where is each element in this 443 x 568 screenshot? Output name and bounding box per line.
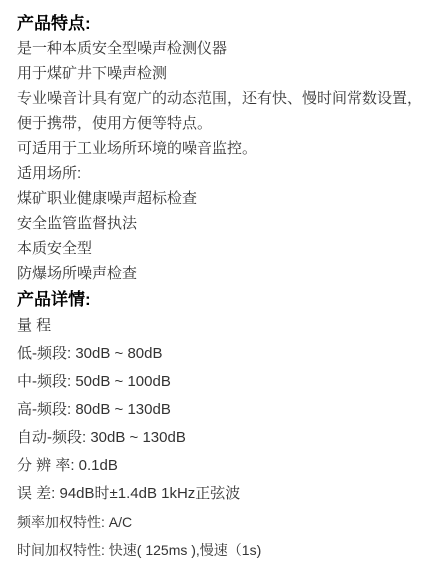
features-section-heading: 产品特点: [17, 12, 433, 36]
feature-line: 可适用于工业场所环境的噪音监控。 [17, 136, 433, 161]
detail-line-low-band: 低-频段: 30dB ~ 80dB [17, 340, 433, 368]
detail-line-range-label: 量 程 [17, 312, 433, 340]
feature-line: 专业噪音计具有宽广的动态范围，还有快、慢时间常数设置， [17, 86, 433, 111]
feature-line: 便于携带，使用方便等特点。 [17, 111, 433, 136]
detail-line-high-band: 高-频段: 80dB ~ 130dB [17, 396, 433, 424]
detail-line-frequency-weighting: 频率加权特性: A/C [17, 508, 433, 536]
feature-line: 是一种本质安全型噪声检测仪器 [17, 36, 433, 61]
feature-line: 防爆场所噪声检查 [17, 261, 433, 286]
details-list: 量 程 低-频段: 30dB ~ 80dB 中-频段: 50dB ~ 100dB… [17, 312, 433, 564]
features-list: 是一种本质安全型噪声检测仪器 用于煤矿井下噪声检测 专业噪音计具有宽广的动态范围… [17, 36, 433, 286]
detail-line-auto-band: 自动-频段: 30dB ~ 130dB [17, 424, 433, 452]
product-description-page: 产品特点: 是一种本质安全型噪声检测仪器 用于煤矿井下噪声检测 专业噪音计具有宽… [0, 12, 443, 564]
details-section-heading: 产品详情: [17, 288, 433, 312]
feature-line: 本质安全型 [17, 236, 433, 261]
applicable-places-label: 适用场所: [17, 161, 433, 186]
feature-line: 用于煤矿井下噪声检测 [17, 61, 433, 86]
detail-line-time-weighting: 时间加权特性: 快速( 125ms ),慢速（1s) [17, 536, 433, 564]
detail-line-mid-band: 中-频段: 50dB ~ 100dB [17, 368, 433, 396]
detail-line-resolution: 分 辨 率: 0.1dB [17, 452, 433, 480]
feature-line: 安全监管监督执法 [17, 211, 433, 236]
detail-line-error: 误 差: 94dB时±1.4dB 1kHz正弦波 [17, 480, 433, 508]
feature-line: 煤矿职业健康噪声超标检查 [17, 186, 433, 211]
